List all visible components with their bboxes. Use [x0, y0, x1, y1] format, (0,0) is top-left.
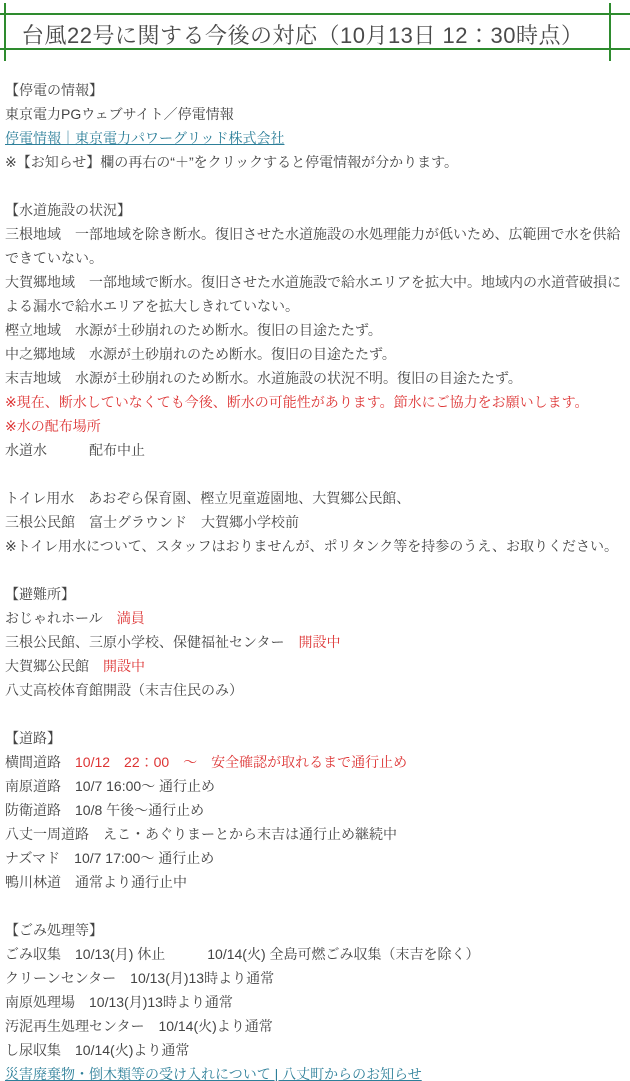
text-line: おじゃれホール 満員: [5, 606, 625, 630]
text-line: トイレ用水 あおぞら保育園、樫立児童遊園地、大賀郷公民館、: [5, 486, 625, 510]
section-heading: 【水道施設の状況】: [5, 198, 625, 222]
text-line: ごみ収集 10/13(月) 休止 10/14(火) 全島可燃ごみ収集（末吉を除く…: [5, 942, 625, 966]
page: 台風22号に関する今後の対応（10月13日 12：30時点） 【停電の情報】 東…: [0, 0, 630, 1081]
shelter-name: 大賀郷公民館: [5, 658, 103, 674]
text-line: 大賀郷公民館 開設中: [5, 654, 625, 678]
title-border-left: [4, 3, 6, 61]
alert-line: ※水の配布場所: [5, 414, 625, 438]
text-line: ナズマド 10/7 17:00～ 通行止め: [5, 846, 625, 870]
text-line: 大賀郷地域 一部地域で断水。復旧させた水道施設で給水エリアを拡大中。地域内の水道…: [5, 270, 625, 318]
text-line: 末吉地域 水源が土砂崩れのため断水。水道施設の状況不明。復旧の目途たたず。: [5, 366, 625, 390]
status-badge: 開設中: [298, 634, 340, 650]
text-line: 中之郷地域 水源が土砂崩れのため断水。復旧の目途たたず。: [5, 342, 625, 366]
section-shelters: 【避難所】 おじゃれホール 満員 三根公民館、三原小学校、保健福祉センター 開設…: [5, 582, 625, 702]
alert-line: ※現在、断水していなくても今後、断水の可能性があります。節水にご協力をお願いしま…: [5, 390, 625, 414]
shelter-name: おじゃれホール: [5, 610, 117, 626]
text-line: 三根公民館、三原小学校、保健福祉センター 開設中: [5, 630, 625, 654]
text-line: 水道水 配布中止: [5, 438, 625, 462]
title-border-top: [0, 13, 630, 15]
text-line: 東京電力PGウェブサイト／停電情報: [5, 102, 625, 126]
section-power-outage: 【停電の情報】 東京電力PGウェブサイト／停電情報 停電情報｜東京電力パワーグリ…: [5, 78, 625, 174]
text-line: 鴨川林道 通常より通行止中: [5, 870, 625, 894]
road-closure-alert: 10/12 22：00 ～ 安全確認が取れるまで通行止め: [75, 754, 407, 770]
title-border-right: [609, 3, 611, 61]
text-line: 防衛道路 10/8 午後～通行止め: [5, 798, 625, 822]
text-line: ※トイレ用水について、スタッフはおりませんが、ポリタンク等を持参のうえ、お取りく…: [5, 534, 625, 558]
shelter-name: 三根公民館、三原小学校、保健福祉センター: [5, 634, 298, 650]
section-garbage: 【ごみ処理等】 ごみ収集 10/13(月) 休止 10/14(火) 全島可燃ごみ…: [5, 918, 625, 1081]
text-line: 横間道路 10/12 22：00 ～ 安全確認が取れるまで通行止め: [5, 750, 625, 774]
text-line: ※【お知らせ】欄の再右の“＋”をクリックすると停電情報が分かります。: [5, 150, 625, 174]
status-badge: 開設中: [103, 658, 145, 674]
link-disaster-waste-notice[interactable]: 災害廃棄物・倒木類等の受け入れについて | 八丈町からのお知らせ: [5, 1066, 422, 1081]
page-title: 台風22号に関する今後の対応（10月13日 12：30時点）: [22, 19, 583, 50]
text-line: 停電情報｜東京電力パワーグリッド株式会社: [5, 126, 625, 150]
text-line: 南原処理場 10/13(月)13時より通常: [5, 990, 625, 1014]
text-line: 八丈一周道路 えこ・あぐりまーとから末吉は通行止め継続中: [5, 822, 625, 846]
text-line: 汚泥再生処理センター 10/14(火)より通常: [5, 1014, 625, 1038]
section-heading: 【道路】: [5, 726, 625, 750]
section-roads: 【道路】 横間道路 10/12 22：00 ～ 安全確認が取れるまで通行止め 南…: [5, 726, 625, 894]
content: 【停電の情報】 東京電力PGウェブサイト／停電情報 停電情報｜東京電力パワーグリ…: [5, 78, 625, 1081]
road-name: 横間道路: [5, 754, 75, 770]
section-heading: 【ごみ処理等】: [5, 918, 625, 942]
section-heading: 【避難所】: [5, 582, 625, 606]
text-line: 三根地域 一部地域を除き断水。復旧させた水道施設の水処理能力が低いため、広範囲で…: [5, 222, 625, 270]
section-heading: 【停電の情報】: [5, 78, 625, 102]
link-power-outage-info[interactable]: 停電情報｜東京電力パワーグリッド株式会社: [5, 130, 284, 146]
blank-line: [5, 462, 625, 486]
text-line: 南原道路 10/7 16:00～ 通行止め: [5, 774, 625, 798]
text-line: 三根公民館 富士グラウンド 大賀郷小学校前: [5, 510, 625, 534]
title-box: 台風22号に関する今後の対応（10月13日 12：30時点）: [0, 0, 630, 62]
text-line: 八丈高校体育館開設（末吉住民のみ）: [5, 678, 625, 702]
text-line: クリーンセンター 10/13(月)13時より通常: [5, 966, 625, 990]
section-water-facilities: 【水道施設の状況】 三根地域 一部地域を除き断水。復旧させた水道施設の水処理能力…: [5, 198, 625, 558]
text-line: 災害廃棄物・倒木類等の受け入れについて | 八丈町からのお知らせ: [5, 1062, 625, 1081]
status-badge: 満員: [117, 610, 145, 626]
text-line: 樫立地域 水源が土砂崩れのため断水。復旧の目途たたず。: [5, 318, 625, 342]
text-line: し尿収集 10/14(火)より通常: [5, 1038, 625, 1062]
